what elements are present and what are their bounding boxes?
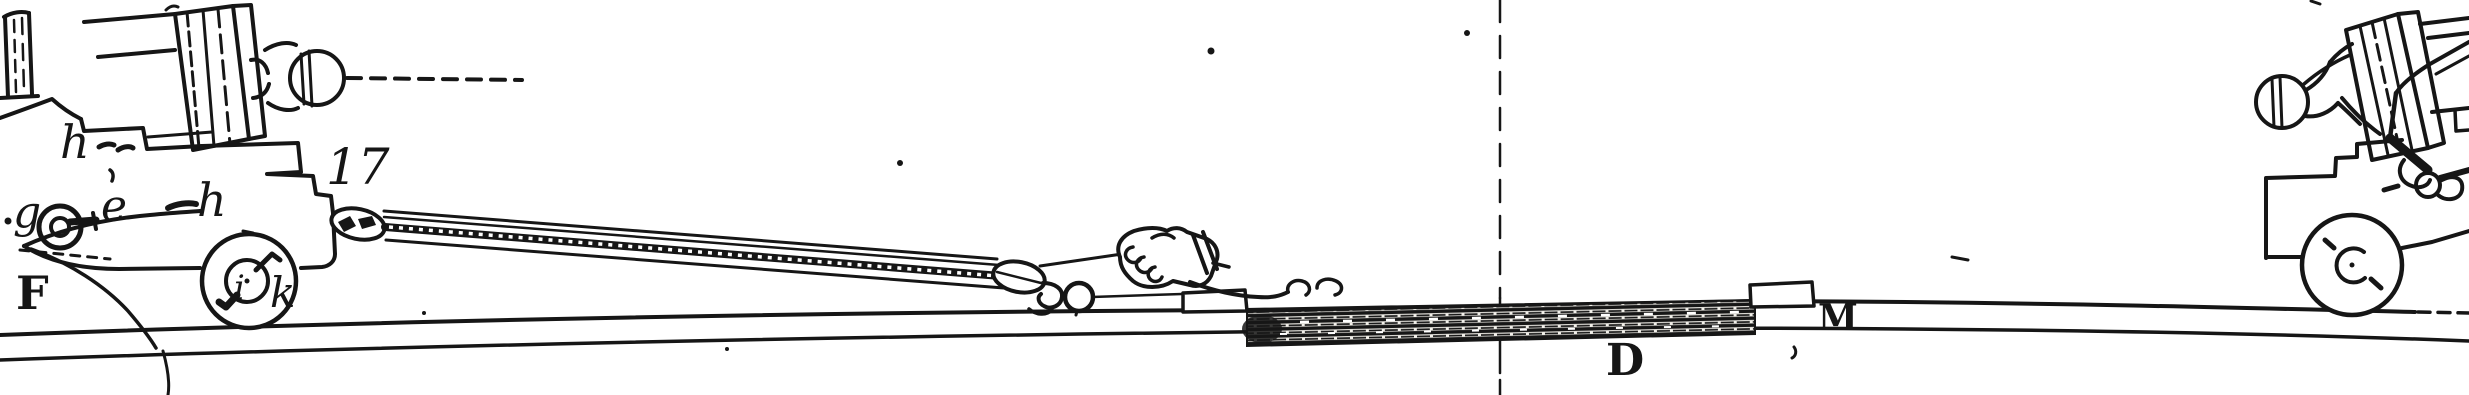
right-cannon [2256, 12, 2469, 160]
deck-block-right [1750, 282, 1814, 307]
tackle-rope-top-b [384, 217, 999, 265]
label-e: e [101, 181, 127, 232]
label-g: g [13, 187, 41, 238]
g-dot [5, 218, 12, 225]
dot-mark-2 [1464, 30, 1470, 36]
ring-bolt-pin [70, 220, 96, 222]
left-hub-center [245, 279, 250, 284]
ring-lanyard [1092, 294, 1182, 297]
breeching-link [2438, 177, 2462, 199]
label-k: k [270, 268, 295, 317]
comma-mark [1792, 347, 1796, 358]
label-d: D [1606, 335, 1644, 386]
rope-tail-curl-2 [1317, 279, 1342, 295]
dot-mark-1 [1208, 48, 1215, 55]
small-dash-right [1952, 257, 1968, 260]
top-edge-mark [2311, 1, 2320, 4]
deck-line-upper-dashed-end [2418, 312, 2469, 313]
dot-mark-3 [897, 160, 903, 166]
label-f: F [16, 266, 49, 320]
right-carriage-notch [2455, 110, 2469, 131]
deck-line-lower [0, 328, 2469, 360]
tackle-rope-bottom [386, 240, 1004, 288]
engraving-plate: h 17 h e g F i k D M [0, 0, 2469, 395]
left-breech-band-2 [233, 5, 265, 139]
label-i: i [234, 268, 245, 308]
deck-speck-1 [422, 311, 426, 315]
left-cannon [84, 5, 522, 150]
cascabel-fillet-bottom [268, 103, 298, 110]
e-tick-mark [110, 170, 113, 181]
cascabel-fillet-top [265, 43, 296, 50]
right-carriage-rear-bottom [2402, 231, 2469, 248]
deck-curve-mark [163, 351, 169, 395]
cascabel-knob [290, 51, 344, 105]
h-lower-dash [168, 203, 196, 208]
gun-tackle [328, 204, 1182, 315]
tackle-fall-rope [1040, 254, 1122, 266]
label-m: M [1818, 297, 1858, 339]
right-hub-center [2350, 263, 2355, 268]
h-upper-dashes [99, 144, 133, 150]
left-barrel-bottom [98, 50, 175, 57]
label-fig-17: 17 [326, 138, 390, 196]
right-barrel-lines [2420, 18, 2469, 38]
label-h-upper: h [60, 115, 90, 169]
bore-axis-dashed-line [347, 78, 522, 80]
ship-side-timber [0, 12, 38, 98]
rope-tail-curl-1 [1288, 281, 1310, 295]
hand [1118, 228, 1341, 297]
engraving-canvas: h 17 h e g F i k D M [0, 0, 2469, 395]
deck-speck-2 [725, 347, 729, 351]
deck-ring [1065, 283, 1093, 311]
deck [0, 257, 2469, 395]
label-h-lower: h [197, 173, 227, 227]
tackle-block-left [328, 204, 387, 245]
left-barrel-top [84, 14, 175, 22]
plank-dark-end [1242, 315, 1282, 343]
right-wheel [2302, 215, 2402, 315]
right-neck-bottom [2305, 103, 2338, 116]
